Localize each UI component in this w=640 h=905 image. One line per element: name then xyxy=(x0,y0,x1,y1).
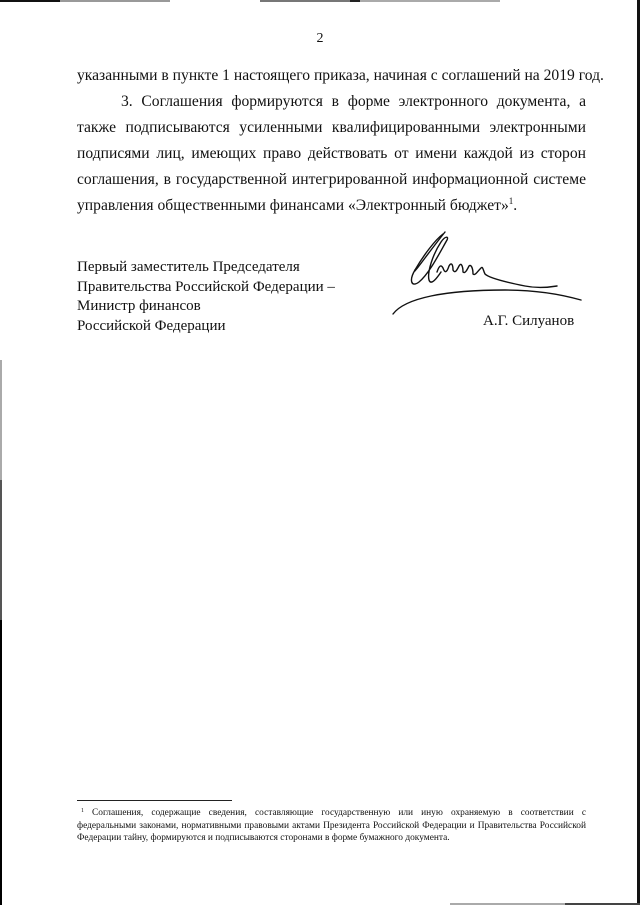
signer-title-block: Первый заместитель Председателя Правител… xyxy=(77,258,335,336)
handwritten-signature-icon xyxy=(385,228,585,318)
signer-title-line: Правительства Российской Федерации – xyxy=(77,278,335,298)
footnote-separator xyxy=(77,800,232,801)
signer-title-line: Первый заместитель Председателя xyxy=(77,258,335,278)
footnote-1: 1Соглашения, содержащие сведения, состав… xyxy=(77,807,586,845)
footnote-text: Соглашения, содержащие сведения, составл… xyxy=(77,808,586,843)
signer-title-line: Российской Федерации xyxy=(77,317,335,337)
paragraph-3: 3. Соглашения формируются в форме электр… xyxy=(77,89,586,219)
signer-title-line: Министр финансов xyxy=(77,297,335,317)
scan-edge-left xyxy=(0,360,2,905)
paragraph-continuation: указанными в пункте 1 настоящего приказа… xyxy=(77,63,586,89)
signer-name: А.Г. Силуанов xyxy=(483,313,574,330)
page-number: 2 xyxy=(0,31,640,47)
footnote-marker: 1 xyxy=(81,808,84,814)
scan-edge-top-segment xyxy=(260,0,520,2)
paragraph-3-end: . xyxy=(513,197,517,214)
